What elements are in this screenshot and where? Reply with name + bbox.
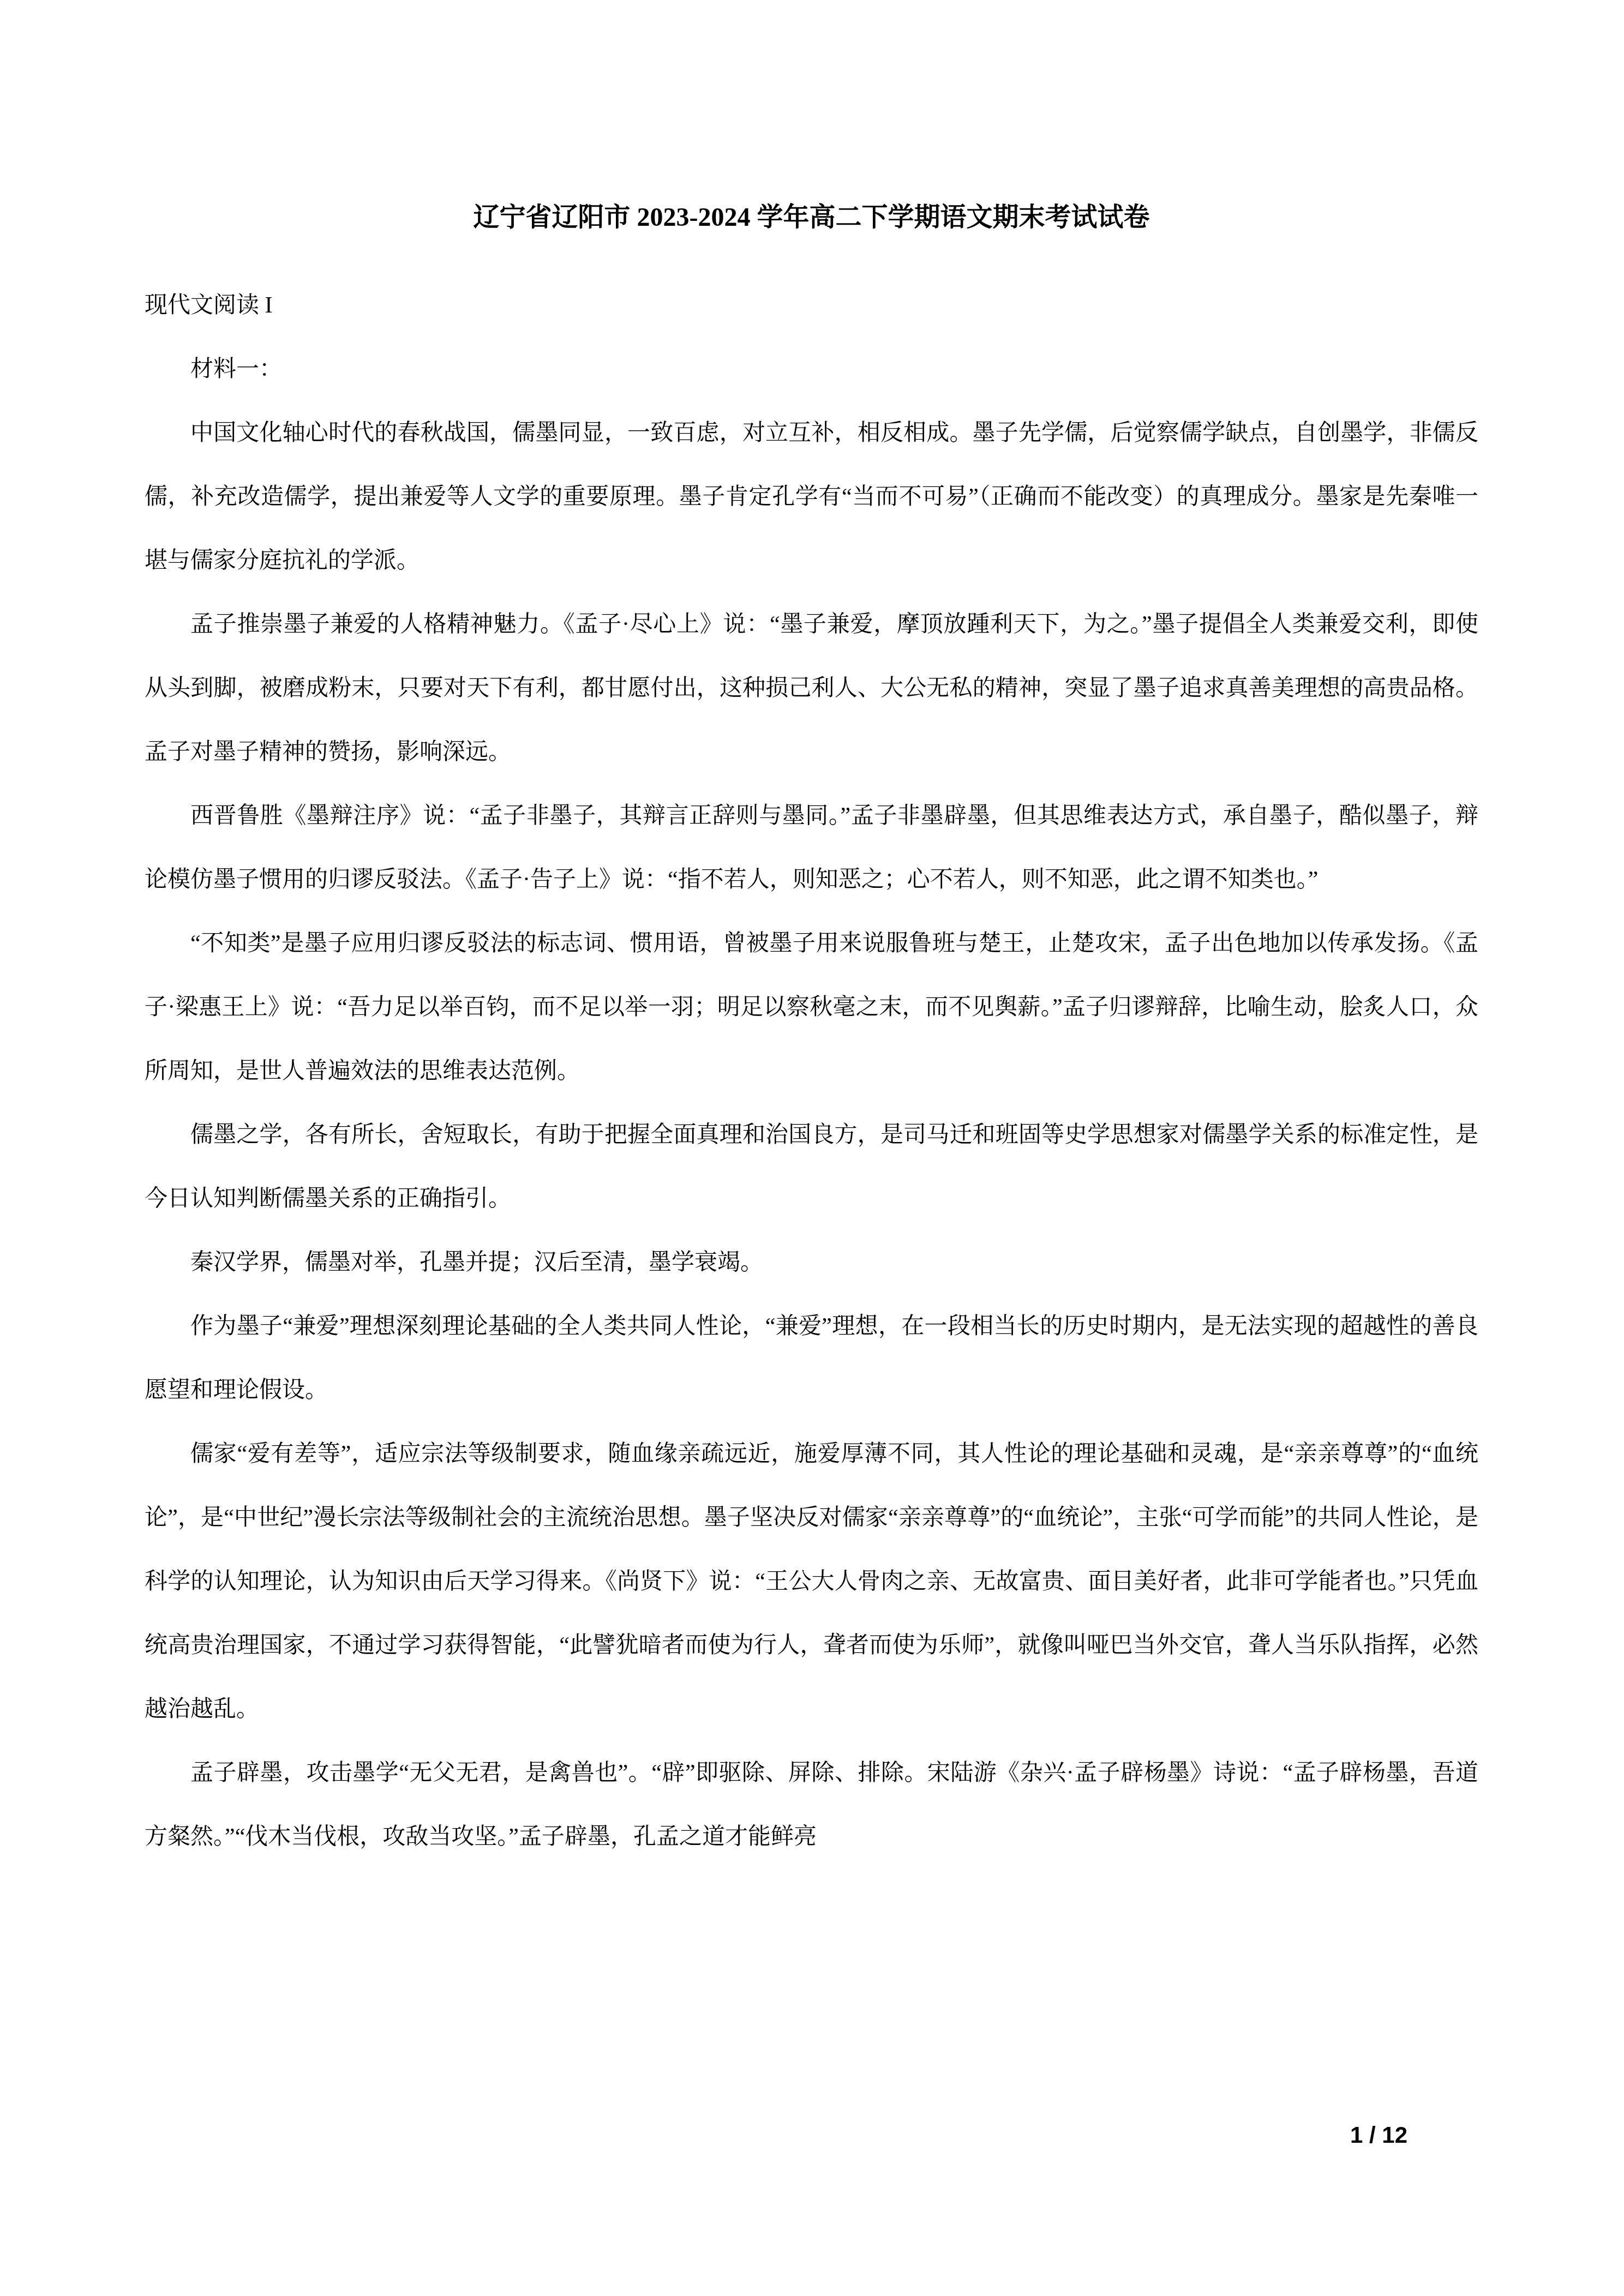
page-title: 辽宁省辽阳市 2023-2024 学年高二下学期语文期末考试试卷 [145, 185, 1478, 249]
body-paragraph: 作为墨子“兼爱”理想深刻理论基础的全人类共同人性论，“兼爱”理想，在一段相当长的… [145, 1295, 1478, 1422]
body-paragraph: 儒家“爱有差等”，适应宗法等级制要求，随血缘亲疏远近，施爱厚薄不同，其人性论的理… [145, 1422, 1478, 1741]
body-paragraph: 儒墨之学，各有所长，舍短取长，有助于把握全面真理和治国良方，是司马迁和班固等史学… [145, 1103, 1478, 1231]
body-paragraph: 西晋鲁胜《墨辩注序》说：“孟子非墨子，其辩言正辞则与墨同。”孟子非墨辟墨，但其思… [145, 784, 1478, 912]
body-paragraph: “不知类”是墨子应用归谬反驳法的标志词、惯用语，曾被墨子用来说服鲁班与楚王，止楚… [145, 912, 1478, 1103]
body-paragraph: 孟子辟墨，攻击墨学“无父无君，是禽兽也”。“辟”即驱除、屏除、排除。宋陆游《杂兴… [145, 1741, 1478, 1869]
page-number-indicator: 1 / 12 [1350, 2119, 1407, 2151]
material-label: 材料一： [145, 338, 1478, 401]
body-paragraph: 孟子推崇墨子兼爱的人格精神魅力。《孟子·尽心上》说：“墨子兼爱，摩顶放踵利天下，… [145, 593, 1478, 784]
document-page: 辽宁省辽阳市 2023-2024 学年高二下学期语文期末考试试卷 现代文阅读 I… [0, 0, 1624, 2296]
body-paragraph: 中国文化轴心时代的春秋战国，儒墨同显，一致百虑，对立互补，相反相成。墨子先学儒，… [145, 401, 1478, 593]
section-heading: 现代文阅读 I [145, 274, 1478, 338]
body-paragraph: 秦汉学界，儒墨对举，孔墨并提；汉后至清，墨学衰竭。 [145, 1231, 1478, 1295]
